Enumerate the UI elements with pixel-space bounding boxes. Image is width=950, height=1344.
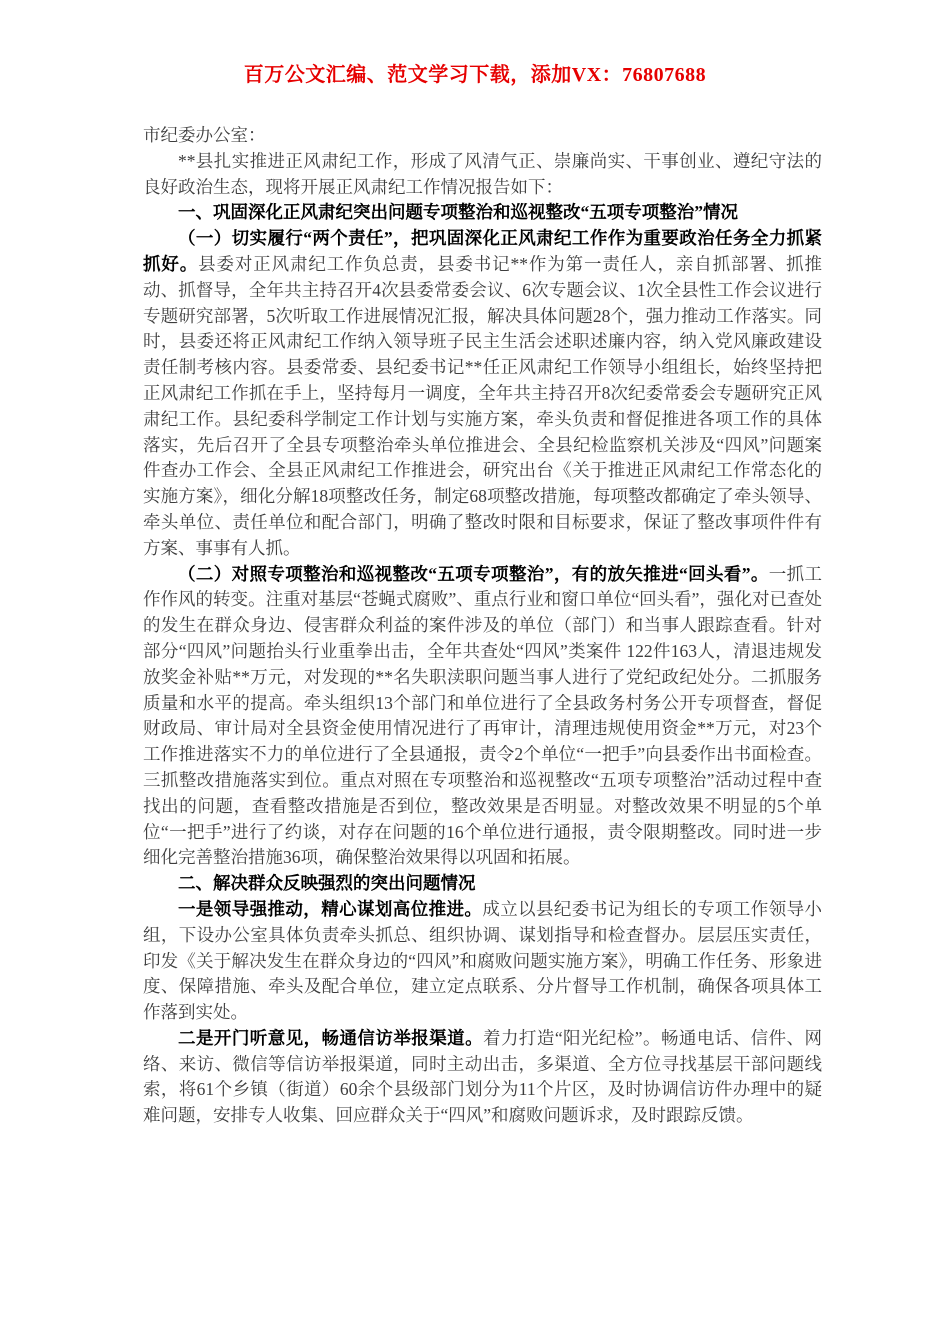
paragraph-2-1: 一是领导强推动，精心谋划高位推进。成立以县纪委书记为组长的专项工作领导小组，下设… (143, 897, 822, 1026)
paragraph-lead: 二、解决群众反映强烈的突出问题情况 (178, 873, 476, 893)
paragraph-1-2: （二）对照专项整治和巡视整改“五项专项整治”，有的放矢推进“回头看”。一抓工作作… (143, 562, 822, 872)
paragraph-lead: 一、巩固深化正风肃纪突出问题专项整治和巡视整改“五项专项整治”情况 (178, 202, 738, 222)
paragraph-body: **县扎实推进正风肃纪工作，形成了风清气正、崇廉尚实、干事创业、遵纪守法的良好政… (143, 151, 822, 197)
promo-banner: 百万公文汇编、范文学习下载，添加VX：76807688 (0, 0, 950, 89)
salutation: 市纪委办公室： (143, 123, 822, 149)
intro-paragraph: **县扎实推进正风肃纪工作，形成了风清气正、崇廉尚实、干事创业、遵纪守法的良好政… (143, 149, 822, 201)
document-body: 市纪委办公室： **县扎实推进正风肃纪工作，形成了风清气正、崇廉尚实、干事创业、… (143, 123, 822, 1129)
paragraph-lead: （二）对照专项整治和巡视整改“五项专项整治”，有的放矢推进“回头看”。 (178, 564, 769, 584)
paragraph-1-1: （一）切实履行“两个责任”，把巩固深化正风肃纪工作作为重要政治任务全力抓紧抓好。… (143, 226, 822, 561)
paragraph-lead: 一是领导强推动，精心谋划高位推进。 (178, 899, 482, 919)
paragraph-lead: 二是开门听意见，畅通信访举报渠道。 (178, 1028, 483, 1048)
section-2-heading: 二、解决群众反映强烈的突出问题情况 (143, 871, 822, 897)
section-1-heading: 一、巩固深化正风肃纪突出问题专项整治和巡视整改“五项专项整治”情况 (143, 200, 822, 226)
paragraph-body: 县委对正风肃纪工作负总责，县委书记**作为第一责任人，亲自抓部署、抓推动、抓督导… (143, 254, 822, 558)
paragraph-body: 一抓工作作风的转变。注重对基层“苍蝇式腐败”、重点行业和窗口单位“回头看”，强化… (143, 564, 822, 868)
paragraph-2-2: 二是开门听意见，畅通信访举报渠道。着力打造“阳光纪检”。畅通电话、信件、网络、来… (143, 1026, 822, 1129)
document-page: 百万公文汇编、范文学习下载，添加VX：76807688 市纪委办公室： **县扎… (0, 0, 950, 1344)
